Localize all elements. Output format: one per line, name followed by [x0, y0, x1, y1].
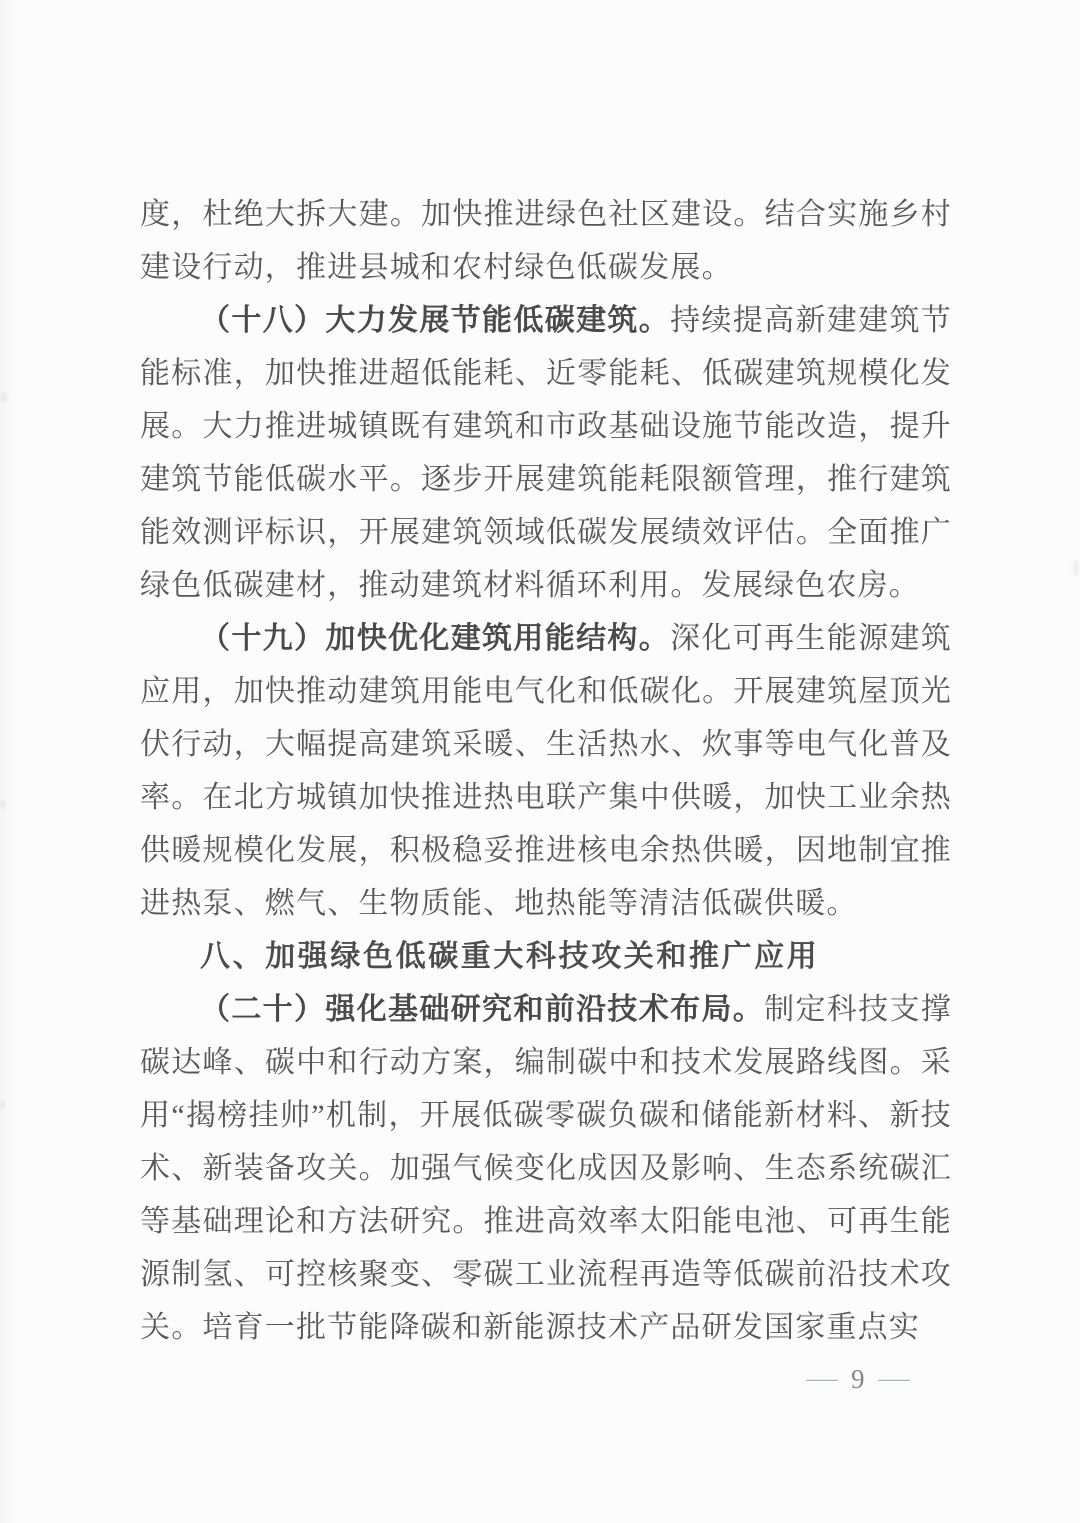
document-page: 度，杜绝大拆大建。加快推进绿色社区建设。结合实施乡村建设行动，推进县城和农村绿色…: [0, 0, 1080, 1523]
scan-artifact: [0, 1100, 5, 1109]
paragraph-text: 度，杜绝大拆大建。加快推进绿色社区建设。结合实施乡村建设行动，推进县城和农村绿色…: [140, 198, 952, 284]
section-20-title: （二十）强化基础研究和前沿技术布局。: [200, 993, 764, 1026]
paragraph-section-18: （十八）大力发展节能低碳建筑。持续提高新建建筑节能标准，加快推进超低能耗、近零能…: [140, 294, 952, 612]
page-number-dash-right: —: [878, 1366, 909, 1393]
page-number-dash-left: —: [806, 1366, 837, 1393]
section-18-title: （十八）大力发展节能低碳建筑。: [200, 304, 670, 337]
paragraph-continuation: 度，杜绝大拆大建。加快推进绿色社区建设。结合实施乡村建设行动，推进县城和农村绿色…: [140, 188, 952, 294]
page-number-value: 9: [851, 1364, 865, 1395]
chapter-8-heading: 八、加强绿色低碳重大科技攻关和推广应用: [140, 930, 952, 983]
document-body: 度，杜绝大拆大建。加快推进绿色社区建设。结合实施乡村建设行动，推进县城和农村绿色…: [140, 188, 952, 1354]
paragraph-text: 持续提高新建建筑节能标准，加快推进超低能耗、近零能耗、低碳建筑规模化发展。大力推…: [140, 304, 952, 602]
scan-artifact: [0, 392, 7, 403]
scan-artifact: [1073, 560, 1079, 576]
scan-artifact: [0, 800, 6, 809]
page-number: — 9 —: [810, 1364, 906, 1395]
paragraph-text: 制定科技支撑碳达峰、碳中和行动方案，编制碳中和技术发展路线图。采用“揭榜挂帅”机…: [140, 993, 952, 1344]
paragraph-text: 深化可再生能源建筑应用，加快推动建筑用能电气化和低碳化。开展建筑屋顶光伏行动，大…: [140, 622, 952, 920]
paragraph-section-19: （十九）加快优化建筑用能结构。深化可再生能源建筑应用，加快推动建筑用能电气化和低…: [140, 612, 952, 930]
paragraph-section-20: （二十）强化基础研究和前沿技术布局。制定科技支撑碳达峰、碳中和行动方案，编制碳中…: [140, 983, 952, 1354]
section-19-title: （十九）加快优化建筑用能结构。: [200, 622, 670, 655]
